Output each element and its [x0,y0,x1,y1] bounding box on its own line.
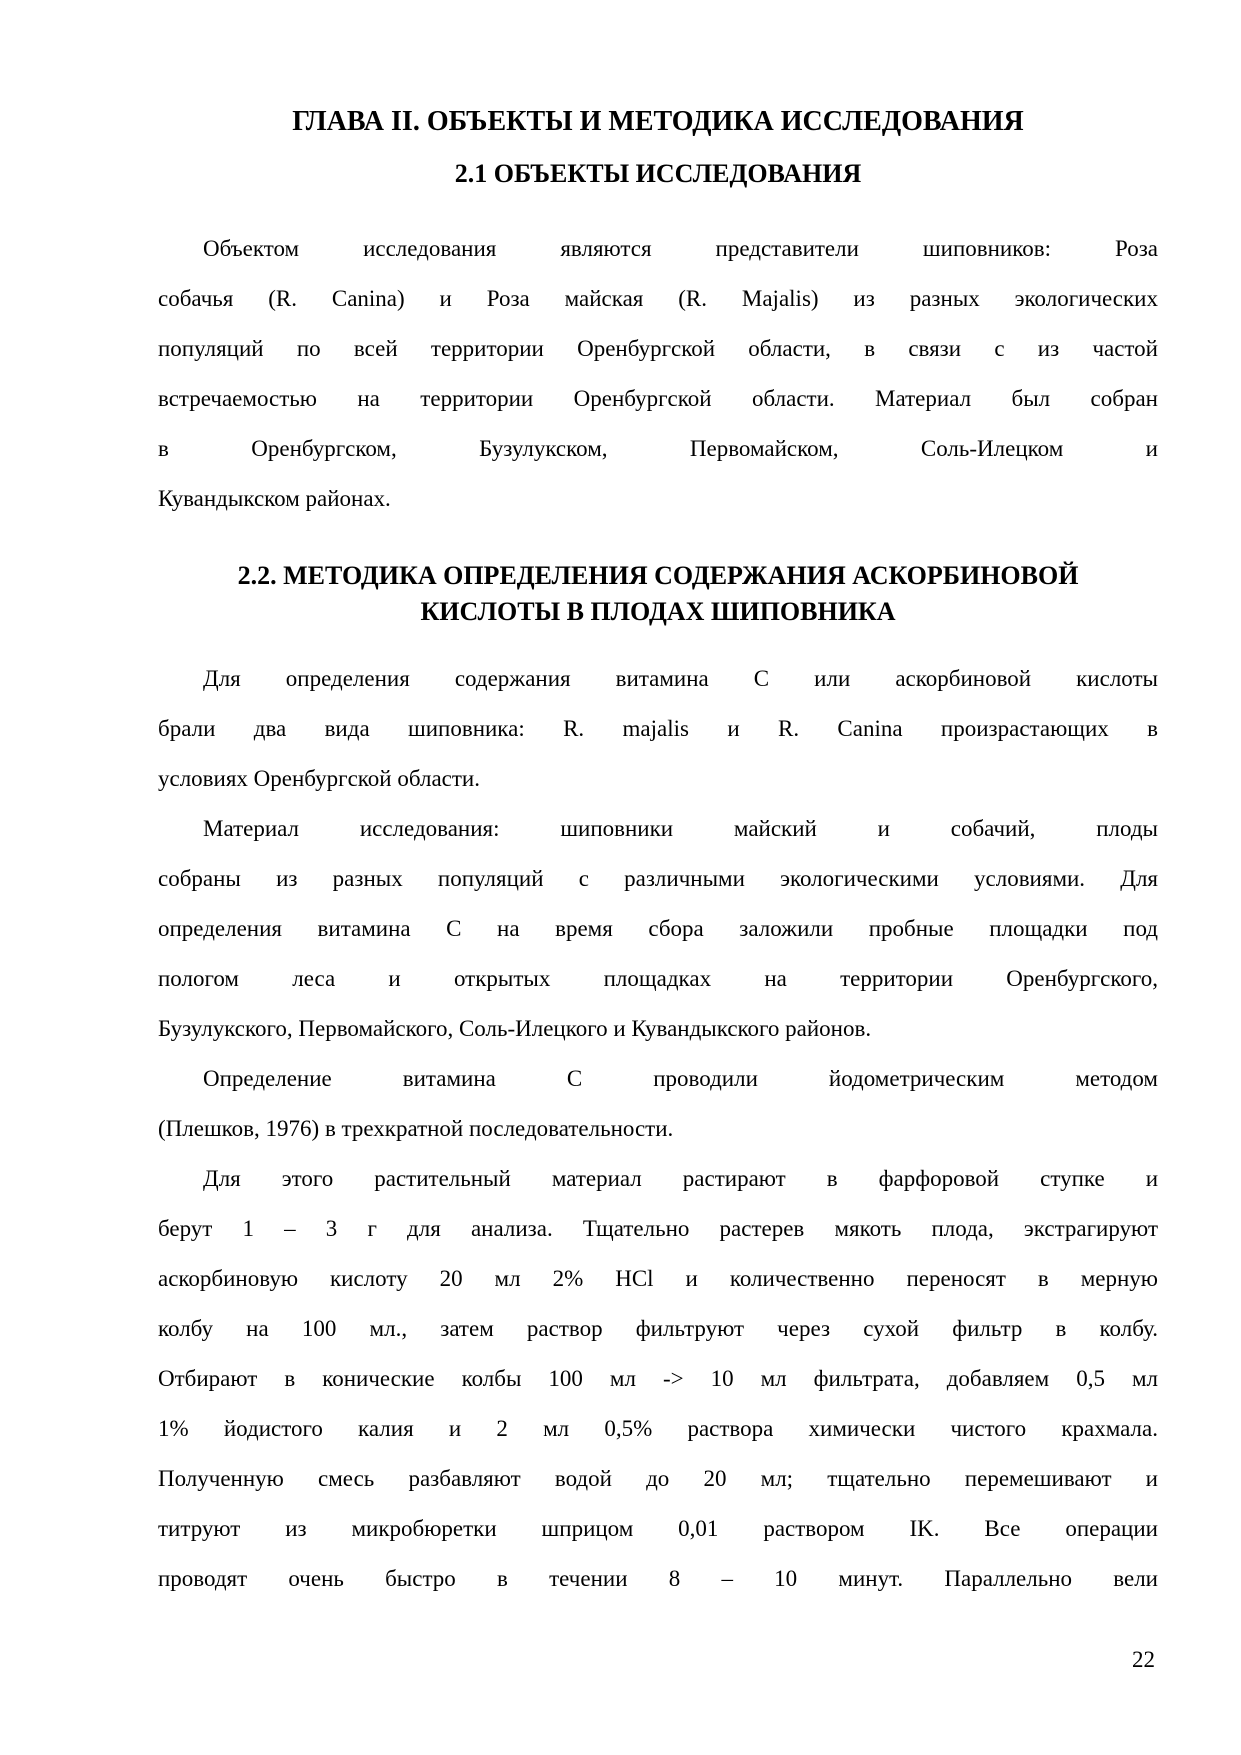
text-line: Определение витамина С проводили йодомет… [158,1054,1158,1104]
heading-line: КИСЛОТЫ В ПЛОДАХ ШИПОВНИКА [158,594,1158,630]
chapter-title: ГЛАВА II. ОБЪЕКТЫ И МЕТОДИКА ИССЛЕДОВАНИ… [158,104,1158,140]
heading-line: 2.2. МЕТОДИКА ОПРЕДЕЛЕНИЯ СОДЕРЖАНИЯ АСК… [158,558,1158,594]
text-line: собраны из разных популяций с различными… [158,854,1158,904]
text-line: Для этого растительный материал растираю… [158,1154,1158,1204]
text-line: популяций по всей территории Оренбургско… [158,324,1158,374]
paragraph: Материал исследования: шиповники майский… [158,804,1158,1054]
text-line: проводят очень быстро в течении 8 – 10 м… [158,1554,1158,1604]
text-line: пологом леса и открытых площадках на тер… [158,954,1158,1004]
heading-line: 2.1 ОБЪЕКТЫ ИССЛЕДОВАНИЯ [158,156,1158,192]
text-line: колбу на 100 мл., затем раствор фильтрую… [158,1304,1158,1354]
text-line: условиях Оренбургской области. [158,754,1158,804]
paragraph: Определение витамина С проводили йодомет… [158,1054,1158,1154]
text-line: Бузулукского, Первомайского, Соль-Илецко… [158,1004,1158,1054]
paragraph: Объектом исследования являются представи… [158,224,1158,524]
text-line: 1% йодистого калия и 2 мл 0,5% раствора … [158,1404,1158,1454]
section-heading: 2.1 ОБЪЕКТЫ ИССЛЕДОВАНИЯ [158,156,1158,192]
text-line: определения витамина С на время сбора за… [158,904,1158,954]
document-page: ГЛАВА II. ОБЪЕКТЫ И МЕТОДИКА ИССЛЕДОВАНИ… [0,0,1241,1755]
text-line: Полученную смесь разбавляют водой до 20 … [158,1454,1158,1504]
text-line: (Плешков, 1976) в трехкратной последоват… [158,1104,1158,1154]
text-line: титруют из микробюретки шприцом 0,01 рас… [158,1504,1158,1554]
text-line: в Оренбургском, Бузулукском, Первомайско… [158,424,1158,474]
text-line: берут 1 – 3 г для анализа. Тщательно рас… [158,1204,1158,1254]
paragraph: Для определения содержания витамина С ил… [158,654,1158,804]
text-line: собачья (R. Canina) и Роза майская (R. M… [158,274,1158,324]
text-line: Объектом исследования являются представи… [158,224,1158,274]
section-heading: 2.2. МЕТОДИКА ОПРЕДЕЛЕНИЯ СОДЕРЖАНИЯ АСК… [158,558,1158,630]
paragraph: Для этого растительный материал растираю… [158,1154,1158,1604]
text-line: Кувандыкском районах. [158,474,1158,524]
text-line: Для определения содержания витамина С ил… [158,654,1158,704]
text-line: Материал исследования: шиповники майский… [158,804,1158,854]
text-line: брали два вида шиповника: R. majalis и R… [158,704,1158,754]
text-line: Отбирают в конические колбы 100 мл -> 10… [158,1354,1158,1404]
text-line: аскорбиновую кислоту 20 мл 2% HCl и коли… [158,1254,1158,1304]
page-number: 22 [1132,1645,1155,1675]
page-content: ГЛАВА II. ОБЪЕКТЫ И МЕТОДИКА ИССЛЕДОВАНИ… [158,0,1158,1604]
text-line: встречаемостью на территории Оренбургско… [158,374,1158,424]
